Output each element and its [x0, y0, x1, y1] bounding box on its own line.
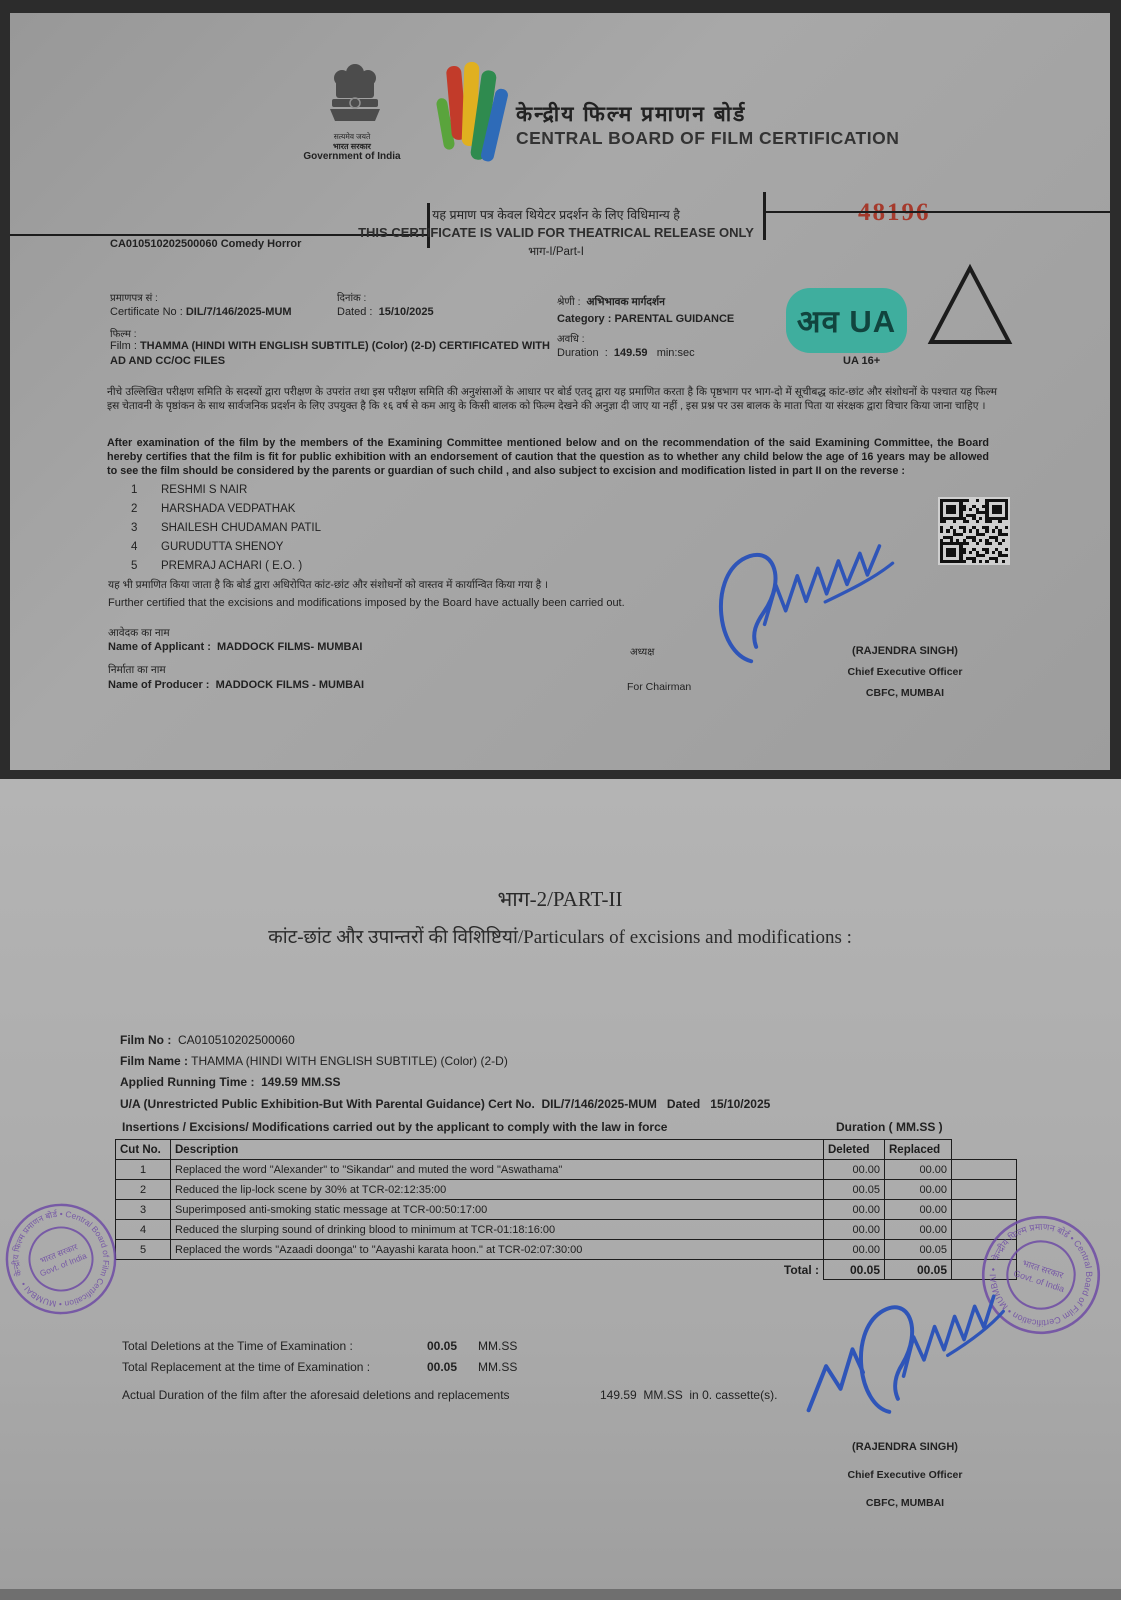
- signatory-title: Chief Executive Officer: [815, 666, 995, 678]
- government-of-india-label: Government of India: [297, 151, 407, 162]
- total-deletions-value: 00.05: [427, 1339, 457, 1353]
- film-name-line: Film Name : THAMMA (HINDI WITH ENGLISH S…: [120, 1054, 508, 1068]
- producer-label-hi: निर्माता का नाम: [108, 663, 166, 677]
- film-title-value: THAMMA (HINDI WITH ENGLISH SUBTITLE) (Co…: [110, 340, 550, 367]
- committee-member: GURUDUTTA SHENOY: [161, 541, 283, 553]
- validity-line-english: THIS CERTIFICATE IS VALID FOR THEATRICAL…: [355, 225, 757, 240]
- actual-duration-value: 149.59: [600, 1388, 637, 1402]
- cut-no: 2: [116, 1180, 171, 1200]
- org-name-english: CENTRAL BOARD OF FILM CERTIFICATION: [516, 128, 899, 149]
- committee-member: HARSHADA VEDPATHAK: [161, 503, 295, 515]
- signatory-org: CBFC, MUMBAI: [815, 1497, 995, 1509]
- committee-no: 5: [131, 560, 137, 572]
- category-label-hi: श्रेणी :: [557, 296, 581, 308]
- header-rule-right: [766, 211, 1110, 213]
- film-no-value: CA010510202500060: [178, 1033, 295, 1047]
- committee-no: 3: [131, 522, 137, 534]
- producer-label: Name of Producer :: [108, 679, 209, 691]
- further-certified-english: Further certified that the excisions and…: [108, 597, 728, 609]
- cut-extra: [952, 1160, 1017, 1180]
- actual-duration-unit: MM.SS: [643, 1388, 682, 1402]
- actual-duration-line: 149.59 MM.SS in 0. cassette(s).: [600, 1388, 777, 1402]
- cut-deleted: 00.00: [824, 1220, 885, 1240]
- body-paragraph-english: After examination of the film by the mem…: [107, 436, 989, 478]
- cut-no: 3: [116, 1200, 171, 1220]
- certificate-serial-number: 48196: [858, 199, 931, 227]
- dated-value: 15/10/2025: [379, 306, 434, 318]
- dated-line: Dated : 15/10/2025: [337, 306, 434, 318]
- ua-cert-label: U/A (Unrestricted Public Exhibition-But …: [120, 1097, 535, 1111]
- org-name-hindi: केन्द्रीय फिल्म प्रमाणन बोर्ड: [516, 100, 746, 128]
- cuts-table-header-row: Cut No. Description Deleted Replaced: [116, 1140, 1017, 1160]
- further-certified-hindi: यह भी प्रमाणित किया जाता है कि बोर्ड द्व…: [108, 578, 708, 592]
- total-replacement-value: 00.05: [427, 1360, 457, 1374]
- ua-cert-no: DIL/7/146/2025-MUM: [542, 1097, 657, 1111]
- rating-badge: अव UA: [786, 288, 907, 353]
- duration-unit: min:sec: [657, 347, 695, 359]
- col-extra: [952, 1140, 1017, 1160]
- category-value-hi: अभिभावक मार्गदर्शन: [586, 296, 665, 308]
- page-edge-shadow: [0, 1589, 1121, 1600]
- rating-sub-label: UA 16+: [843, 355, 880, 367]
- cut-row: 2 Reduced the lip-lock scene by 30% at T…: [116, 1180, 1017, 1200]
- chairman-label-hi: अध्यक्ष: [630, 644, 654, 658]
- total-deletions-label: Total Deletions at the Time of Examinati…: [122, 1339, 353, 1353]
- col-deleted: Deleted: [824, 1140, 885, 1160]
- actual-duration-suffix: in 0. cassette(s).: [689, 1388, 777, 1402]
- cut-replaced: 00.00: [885, 1180, 952, 1200]
- col-cut-no: Cut No.: [116, 1140, 171, 1160]
- cut-row: 3 Superimposed anti-smoking static messa…: [116, 1200, 1017, 1220]
- actual-duration-label: Actual Duration of the film after the af…: [122, 1388, 510, 1402]
- duration-value: 149.59: [614, 347, 648, 359]
- film-no-label: Film No :: [120, 1033, 171, 1047]
- dated-label-hi: दिनांक :: [337, 290, 366, 304]
- committee-no: 4: [131, 541, 137, 553]
- cut-description: Replaced the words "Azaadi doonga" to "A…: [171, 1240, 824, 1260]
- cut-row: 1 Replaced the word "Alexander" to "Sika…: [116, 1160, 1017, 1180]
- ua-cert-line: U/A (Unrestricted Public Exhibition-But …: [120, 1097, 770, 1111]
- film-no-line: Film No : CA010510202500060: [120, 1033, 295, 1047]
- signatory-org: CBFC, MUMBAI: [815, 687, 995, 699]
- duration-caption: Duration ( MM.SS ): [836, 1120, 943, 1134]
- certificate-no-value: DIL/7/146/2025-MUM: [186, 306, 292, 318]
- cut-deleted: 00.00: [824, 1160, 885, 1180]
- running-time-value: 149.59 MM.SS: [261, 1075, 340, 1089]
- scanned-certificate: सत्यमेव जयते भारत सरकार Government of In…: [0, 0, 1121, 1600]
- duration-line: Duration : 149.59 min:sec: [557, 347, 695, 359]
- qr-code: [938, 497, 1010, 565]
- total-deletions-unit: MM.SS: [478, 1339, 517, 1353]
- category-value: PARENTAL GUIDANCE: [614, 313, 734, 325]
- part2-subtitle: कांट-छांट और उपान्तरों की विशिष्टियां/Pa…: [110, 923, 1010, 949]
- duration-label-hi: अवधि :: [557, 331, 585, 345]
- ua-cert-dated-label: Dated: [667, 1097, 700, 1111]
- cut-deleted: 00.00: [824, 1200, 885, 1220]
- cut-description: Replaced the word "Alexander" to "Sikand…: [171, 1160, 824, 1180]
- cut-description: Reduced the slurping sound of drinking b…: [171, 1220, 824, 1240]
- triangle-symbol-icon: [925, 262, 1013, 350]
- committee-no: 2: [131, 503, 137, 515]
- film-line: Film : THAMMA (HINDI WITH ENGLISH SUBTIT…: [110, 339, 560, 369]
- cut-deleted: 00.05: [824, 1180, 885, 1200]
- category-line: Category : PARENTAL GUIDANCE: [557, 313, 734, 325]
- applicant-label: Name of Applicant :: [108, 641, 211, 653]
- modifications-caption: Insertions / Excisions/ Modifications ca…: [122, 1120, 667, 1134]
- rating-badge-text: अव UA: [797, 300, 896, 342]
- col-description: Description: [171, 1140, 824, 1160]
- certificate-no-line: Certificate No : DIL/7/146/2025-MUM: [110, 306, 292, 318]
- col-replaced: Replaced: [885, 1140, 952, 1160]
- running-time-line: Applied Running Time : 149.59 MM.SS: [120, 1075, 340, 1089]
- cut-description: Reduced the lip-lock scene by 30% at TCR…: [171, 1180, 824, 1200]
- for-chairman-label: For Chairman: [627, 681, 691, 693]
- part1-label: भाग-I/Part-I: [355, 244, 757, 259]
- producer-value: MADDOCK FILMS - MUMBAI: [216, 679, 364, 691]
- applicant-value: MADDOCK FILMS- MUMBAI: [217, 641, 362, 653]
- film-name-value: THAMMA (HINDI WITH ENGLISH SUBTITLE) (Co…: [191, 1054, 508, 1068]
- duration-label: Duration: [557, 347, 599, 359]
- film-label: Film :: [110, 340, 137, 352]
- dated-label: Dated :: [337, 306, 372, 318]
- body-paragraph-hindi: नीचे उल्लिखित परीक्षण समिति के सदस्यों द…: [107, 386, 997, 414]
- certificate-no-label: Certificate No :: [110, 306, 183, 318]
- cut-row: 4 Reduced the slurping sound of drinking…: [116, 1220, 1017, 1240]
- cbfc-logo-icon: [436, 60, 512, 174]
- committee-member: RESHMI S NAIR: [161, 484, 247, 496]
- producer-line: Name of Producer : MADDOCK FILMS - MUMBA…: [108, 679, 364, 691]
- cut-replaced: 00.00: [885, 1160, 952, 1180]
- film-label-hi: फिल्म :: [110, 326, 137, 340]
- signatory-name: (RAJENDRA SINGH): [815, 645, 995, 657]
- cut-no: 1: [116, 1160, 171, 1180]
- validity-line-hindi: यह प्रमाण पत्र केवल थियेटर प्रदर्शन के ल…: [355, 206, 757, 223]
- india-emblem-icon: [324, 64, 386, 134]
- ceo-signature: [700, 518, 920, 682]
- ceo-signature-page2: [786, 1229, 1019, 1435]
- certificate-no-label-hi: प्रमाणपत्र सं :: [110, 290, 158, 304]
- ua-cert-dated-value: 15/10/2025: [710, 1097, 770, 1111]
- signatory-name: (RAJENDRA SINGH): [815, 1441, 995, 1453]
- header-bracket-right: [763, 192, 766, 240]
- doc-reference: CA010510202500060 Comedy Horror: [110, 238, 301, 250]
- applicant-line: Name of Applicant : MADDOCK FILMS- MUMBA…: [108, 641, 362, 653]
- category-label: Category :: [557, 313, 611, 325]
- applicant-label-hi: आवेदक का नाम: [108, 626, 170, 640]
- total-replacement-line: Total Replacement at the time of Examina…: [122, 1360, 370, 1374]
- committee-member: PREMRAJ ACHARI ( E.O. ): [161, 560, 302, 572]
- part2-title: भाग-2/PART-II: [360, 885, 760, 913]
- cut-description: Superimposed anti-smoking static message…: [171, 1200, 824, 1220]
- committee-member: SHAILESH CHUDAMAN PATIL: [161, 522, 321, 534]
- total-replacement-unit: MM.SS: [478, 1360, 517, 1374]
- total-label: Total :: [116, 1260, 824, 1280]
- total-deletions-line: Total Deletions at the Time of Examinati…: [122, 1339, 353, 1353]
- signatory-title: Chief Executive Officer: [815, 1469, 995, 1481]
- committee-no: 1: [131, 484, 137, 496]
- category-line-hi: श्रेणी : अभिभावक मार्गदर्शन: [557, 295, 665, 309]
- cut-no: 4: [116, 1220, 171, 1240]
- cut-replaced: 00.00: [885, 1200, 952, 1220]
- running-time-label: Applied Running Time :: [120, 1075, 254, 1089]
- film-name-label: Film Name :: [120, 1054, 188, 1068]
- total-replacement-label: Total Replacement at the time of Examina…: [122, 1360, 370, 1374]
